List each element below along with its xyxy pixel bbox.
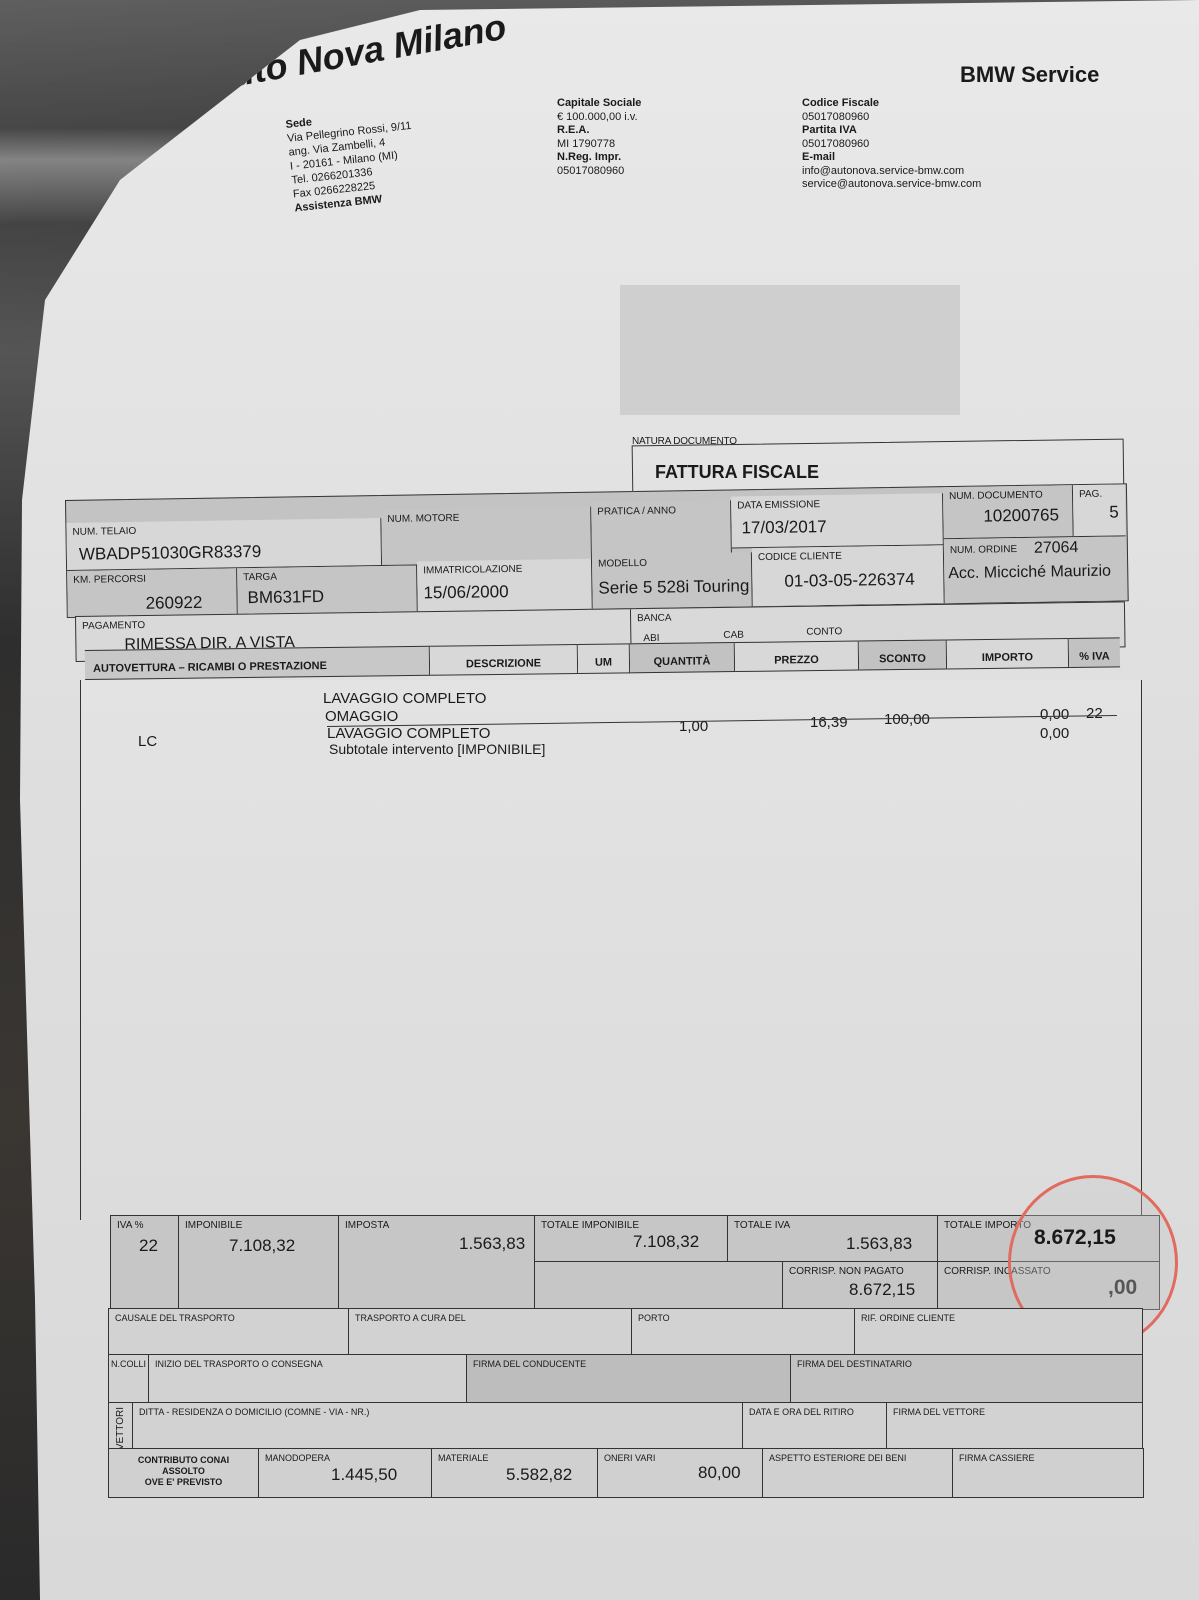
- porto-cell: PORTO: [632, 1309, 855, 1355]
- info-label: Capitale Sociale: [557, 97, 641, 111]
- firma-conducente-cell: FIRMA DEL CONDUCENTE: [467, 1355, 791, 1403]
- numdoc-cell: NUM. DOCUMENTO 10200765: [943, 485, 1074, 539]
- line-items-area: [80, 680, 1142, 1220]
- materiale-cell: MATERIALE 5.582,82: [432, 1449, 598, 1497]
- totals-grid: IVA % 22 IMPONIBILE 7.108,32 IMPOSTA 1.5…: [110, 1215, 1160, 1310]
- imponibile-label: IMPONIBILE: [185, 1220, 242, 1231]
- info-label: E-mail: [802, 151, 981, 165]
- subtotal-label: Subtotale intervento [IMPONIBILE]: [329, 741, 545, 757]
- info-value: 05017080960: [802, 111, 981, 125]
- conai-cell: CONTRIBUTO CONAI ASSOLTO OVE E' PREVISTO: [109, 1449, 259, 1497]
- company-address: Sede Via Pellegrino Rossi, 9/11 ang. Via…: [285, 105, 420, 216]
- conai-line: CONTRIBUTO CONAI: [109, 1455, 258, 1466]
- immatricolazione-label: IMMATRICOLAZIONE: [423, 564, 522, 577]
- tot-imponibile-cell: TOTALE IMPONIBILE 7.108,32: [535, 1216, 728, 1262]
- ditta-cell: DITTA - RESIDENZA O DOMICILIO (COMNE - V…: [133, 1403, 743, 1449]
- aspetto-label: ASPETTO ESTERIORE DEI BENI: [769, 1453, 906, 1463]
- firma-destinatario-cell: FIRMA DEL DESTINATARIO: [791, 1355, 1142, 1403]
- item-description-line: LAVAGGIO COMPLETO: [327, 725, 490, 742]
- col-header-vat: % IVA: [1069, 637, 1120, 668]
- firma-cassiere-cell: FIRMA CASSIERE: [953, 1449, 1143, 1497]
- manodopera-cell: MANODOPERA 1.445,50: [259, 1449, 432, 1497]
- data-ritiro-label: DATA E ORA DEL RITIRO: [749, 1407, 854, 1417]
- ordine-label: NUM. ORDINE: [950, 544, 1017, 556]
- tot-imponibile-label: TOTALE IMPONIBILE: [541, 1220, 639, 1231]
- info-label: Partita IVA: [802, 124, 981, 138]
- imposta-label: IMPOSTA: [345, 1220, 389, 1231]
- telaio-label: NUM. TELAIO: [72, 526, 136, 538]
- non-pagato-value: 8.672,15: [849, 1280, 915, 1300]
- info-value: 05017080960: [802, 138, 981, 152]
- motore-cell: NUM. MOTORE: [381, 507, 592, 566]
- item-amount: 0,00: [1040, 706, 1069, 723]
- info-value: 05017080960: [557, 165, 641, 179]
- modello-cell: MODELLO Serie 5 528i Touring: [592, 552, 753, 609]
- fiscal-info: Codice Fiscale 05017080960 Partita IVA 0…: [802, 97, 981, 192]
- subtotal-value: 0,00: [1040, 725, 1069, 742]
- tot-iva-cell: TOTALE IVA 1.563,83: [728, 1216, 938, 1262]
- tot-importo-value: 8.672,15: [1034, 1226, 1116, 1250]
- firma-conducente-label: FIRMA DEL CONDUCENTE: [473, 1359, 586, 1369]
- company-info: Capitale Sociale € 100.000,00 i.v. R.E.A…: [557, 97, 641, 178]
- tot-imponibile-value: 7.108,32: [633, 1232, 699, 1252]
- firma-destinatario-label: FIRMA DEL DESTINATARIO: [797, 1359, 912, 1369]
- pag-label: PAG.: [1079, 489, 1102, 500]
- numdoc-label: NUM. DOCUMENTO: [949, 490, 1043, 502]
- km-label: KM. PERCORSI: [73, 574, 146, 586]
- imponibile-cell: IMPONIBILE 7.108,32: [179, 1216, 339, 1309]
- causale-cell: CAUSALE DEL TRASPORTO: [109, 1309, 349, 1355]
- bank-label: BANCA: [637, 613, 672, 624]
- imposta-value: 1.563,83: [459, 1234, 525, 1254]
- ncolli-cell: N.COLLI: [109, 1355, 149, 1403]
- footer-grid: CONTRIBUTO CONAI ASSOLTO OVE E' PREVISTO…: [108, 1448, 1144, 1498]
- codice-cliente-cell: CODICE CLIENTE 01-03-05-226374: [752, 545, 945, 606]
- item-description-line: OMAGGIO: [325, 708, 398, 725]
- col-header-quantity: QUANTITÀ: [630, 642, 735, 673]
- vehicle-info-grid: NUM. TELAIO WBADP51030GR83379 NUM. MOTOR…: [65, 483, 1129, 618]
- brand-label: BMW Service: [960, 62, 1099, 88]
- item-vat: 22: [1086, 705, 1103, 722]
- data-emissione-label: DATA EMISSIONE: [737, 499, 820, 511]
- manodopera-label: MANODOPERA: [265, 1453, 330, 1463]
- invoice-paper: Auto Nova Milano Sede Via Pellegrino Ros…: [0, 0, 1199, 1600]
- km-cell: KM. PERCORSI 260922: [67, 568, 238, 617]
- email-link[interactable]: service@autonova.service-bmw.com: [802, 178, 981, 192]
- causale-label: CAUSALE DEL TRASPORTO: [115, 1313, 235, 1323]
- a-cura-cell: TRASPORTO A CURA DEL: [349, 1309, 632, 1355]
- codice-cliente-label: CODICE CLIENTE: [758, 551, 842, 563]
- iva-pct-label: IVA %: [117, 1220, 144, 1231]
- tot-iva-value: 1.563,83: [846, 1234, 912, 1254]
- col-header-item: AUTOVETTURA – RICAMBI O PRESTAZIONE: [85, 646, 430, 680]
- item-price: 16,39: [810, 714, 848, 731]
- item-discount: 100,00: [884, 711, 930, 728]
- imponibile-value: 7.108,32: [229, 1236, 295, 1256]
- a-cura-label: TRASPORTO A CURA DEL: [355, 1313, 466, 1323]
- data-emissione-value: 17/03/2017: [741, 517, 826, 538]
- immatricolazione-value: 15/06/2000: [423, 582, 508, 603]
- targa-value: BM631FD: [247, 587, 324, 608]
- telaio-cell: NUM. TELAIO WBADP51030GR83379: [66, 518, 382, 571]
- immatricolazione-cell: IMMATRICOLAZIONE 15/06/2000: [417, 559, 593, 612]
- inizio-label: INIZIO DEL TRASPORTO O CONSEGNA: [155, 1359, 323, 1369]
- data-emissione-cell: DATA EMISSIONE 17/03/2017: [731, 493, 944, 548]
- telaio-value: WBADP51030GR83379: [79, 542, 262, 565]
- redacted-customer-block: [620, 285, 960, 415]
- ditta-label: DITTA - RESIDENZA O DOMICILIO (COMNE - V…: [139, 1407, 369, 1417]
- vettori-label: VETTORI: [115, 1407, 126, 1450]
- rif-ordine-label: RIF. ORDINE CLIENTE: [861, 1313, 955, 1323]
- pratica-label: PRATICA / ANNO: [597, 505, 676, 517]
- ordine-cell: NUM. ORDINE 27064 Acc. Micciché Maurizio: [944, 536, 1127, 603]
- aspetto-cell: ASPETTO ESTERIORE DEI BENI: [763, 1449, 953, 1497]
- tot-iva-label: TOTALE IVA: [734, 1220, 790, 1231]
- modello-label: MODELLO: [598, 558, 647, 570]
- vettori-cell: VETTORI: [109, 1403, 133, 1449]
- non-pagato-label: CORRISP. NON PAGATO: [789, 1266, 904, 1277]
- col-header-discount: SCONTO: [859, 639, 947, 670]
- codice-cliente-value: 01-03-05-226374: [784, 570, 915, 592]
- info-label: N.Reg. Impr.: [557, 151, 641, 165]
- materiale-label: MATERIALE: [438, 1453, 488, 1463]
- targa-label: TARGA: [243, 572, 277, 584]
- data-ritiro-cell: DATA E ORA DEL RITIRO: [743, 1403, 887, 1449]
- col-header-amount: IMPORTO: [947, 638, 1069, 669]
- cab-label: CAB: [723, 630, 744, 641]
- col-header-um: UM: [578, 643, 630, 674]
- pag-value: 5: [1109, 502, 1119, 522]
- conai-line: OVE E' PREVISTO: [109, 1477, 258, 1488]
- oneri-value: 80,00: [698, 1463, 741, 1483]
- firma-vettore-label: FIRMA DEL VETTORE: [893, 1407, 985, 1417]
- iva-pct-cell: IVA % 22: [111, 1216, 179, 1309]
- conai-line: ASSOLTO: [109, 1466, 258, 1477]
- ncolli-label: N.COLLI: [111, 1359, 146, 1369]
- ordine-value: 27064: [1034, 539, 1079, 558]
- empty-cell: [535, 1262, 783, 1309]
- imposta-cell: IMPOSTA 1.563,83: [339, 1216, 535, 1309]
- firma-vettore-cell: FIRMA DEL VETTORE: [887, 1403, 1142, 1449]
- info-label: Codice Fiscale: [802, 97, 981, 111]
- iva-pct-value: 22: [139, 1236, 158, 1256]
- numdoc-value: 10200765: [983, 505, 1059, 526]
- rif-ordine-cell: RIF. ORDINE CLIENTE: [855, 1309, 1142, 1355]
- transport-grid: CAUSALE DEL TRASPORTO TRASPORTO A CURA D…: [108, 1308, 1143, 1450]
- non-pagato-cell: CORRISP. NON PAGATO 8.672,15: [783, 1262, 938, 1309]
- col-header-description: DESCRIZIONE: [430, 644, 578, 676]
- document-nature-value: FATTURA FISCALE: [655, 462, 819, 483]
- motore-label: NUM. MOTORE: [387, 513, 459, 525]
- oneri-label: ONERI VARI: [604, 1453, 655, 1463]
- payment-label: PAGAMENTO: [82, 620, 145, 632]
- item-description-line: LAVAGGIO COMPLETO: [323, 690, 486, 707]
- email-link[interactable]: info@autonova.service-bmw.com: [802, 165, 981, 179]
- inizio-cell: INIZIO DEL TRASPORTO O CONSEGNA: [149, 1355, 467, 1403]
- km-value: 260922: [145, 593, 202, 614]
- info-value: MI 1790778: [557, 138, 641, 152]
- conto-label: CONTO: [806, 626, 842, 638]
- modello-value: Serie 5 528i Touring: [598, 576, 749, 598]
- info-value: € 100.000,00 i.v.: [557, 111, 641, 125]
- info-label: R.E.A.: [557, 124, 641, 138]
- targa-cell: TARGA BM631FD: [237, 565, 418, 614]
- materiale-value: 5.582,82: [506, 1465, 572, 1485]
- porto-label: PORTO: [638, 1313, 670, 1323]
- manodopera-value: 1.445,50: [331, 1465, 397, 1485]
- col-header-price: PREZZO: [735, 641, 859, 673]
- firma-cassiere-label: FIRMA CASSIERE: [959, 1453, 1035, 1463]
- item-code: LC: [138, 733, 157, 750]
- accettatore-value: Acc. Micciché Maurizio: [948, 563, 1111, 584]
- oneri-cell: ONERI VARI 80,00: [598, 1449, 763, 1497]
- pag-cell: PAG. 5: [1073, 484, 1126, 537]
